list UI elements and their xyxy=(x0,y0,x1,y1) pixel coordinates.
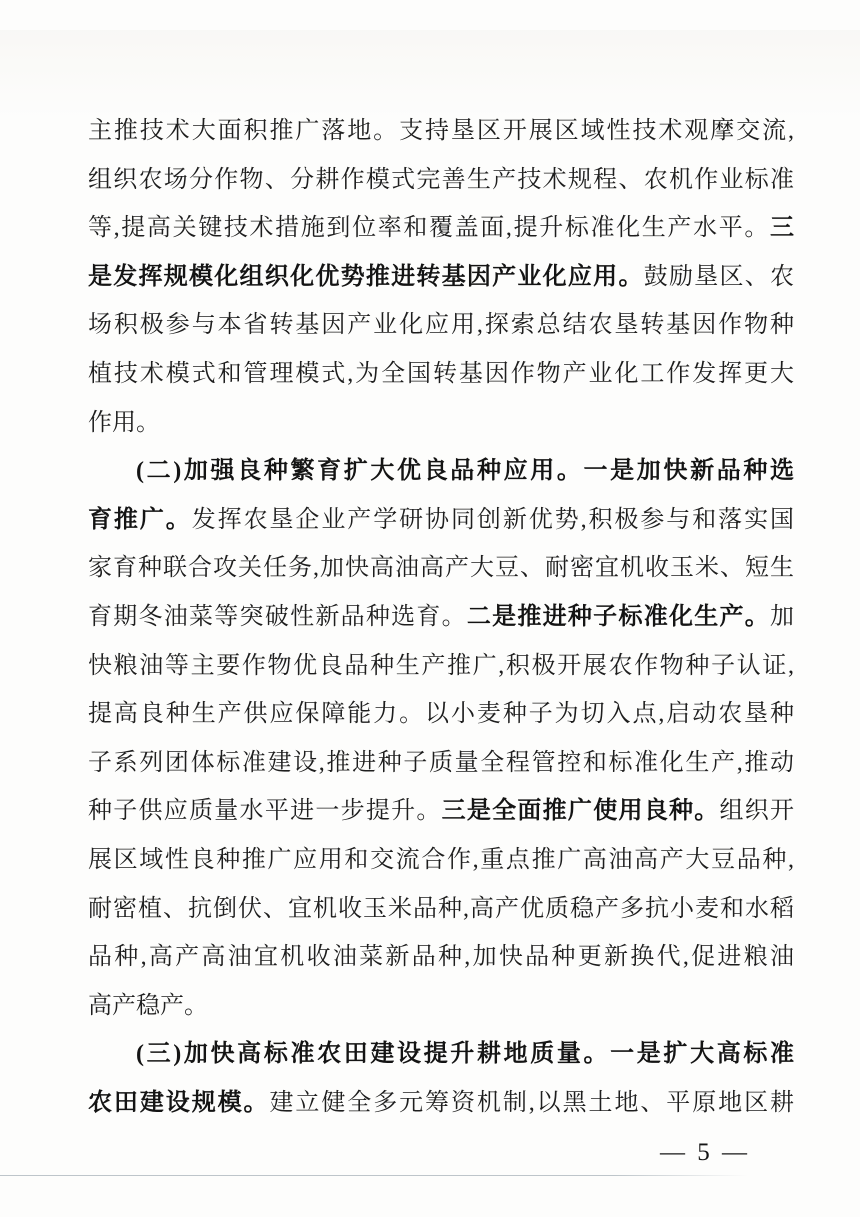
text-line: 品种,高产高油宜机收油菜新品种,加快品种更新换代,促进粮油 xyxy=(88,933,794,982)
text-segment: 加 xyxy=(770,604,794,630)
text-line: 育期冬油菜等突破性新品种选育。二是推进种子标准化生产。加 xyxy=(88,593,794,642)
bold-text-segment: 三是全面推广使用良种。 xyxy=(442,798,720,824)
bold-text-segment: 农田建设规模。 xyxy=(88,1090,269,1116)
text-segment: 快粮油等主要作物优良品种生产推广,积极开展农作物种子认证, xyxy=(88,653,794,679)
text-line: 组织农场分作物、分耕作模式完善生产技术规程、农机作业标准 xyxy=(88,156,794,205)
bold-text-segment: 育推广。 xyxy=(88,507,192,533)
text-segment: 提高良种生产供应保障能力。以小麦种子为切入点,启动农垦种 xyxy=(88,701,794,727)
text-segment: 子系列团体标准建设,推进种子质量全程管控和标准化生产,推动 xyxy=(88,750,794,776)
text-segment: 发挥农垦企业产学研协同创新优势,积极参与和落实国 xyxy=(192,507,794,533)
text-line: 高产稳产。 xyxy=(88,982,794,1031)
text-line: (三)加快高标准农田建设提升耕地质量。一是扩大高标准 xyxy=(88,1030,794,1079)
text-segment: 高产稳产。 xyxy=(88,993,208,1019)
page-number: — 5 — xyxy=(660,1138,750,1168)
text-line: 家育种联合攻关任务,加快高油高产大豆、耐密宜机收玉米、短生 xyxy=(88,544,794,593)
bold-text-segment: 是发挥规模化组织化优势推进转基因产业化应用。 xyxy=(88,264,644,290)
text-segment: 耐密植、抗倒伏、宜机收玉米品种,高产优质稳产多抗小麦和水稻 xyxy=(88,896,794,922)
text-line: 展区域性良种推广应用和交流合作,重点推广高油高产大豆品种, xyxy=(88,836,794,885)
text-line: 种子供应质量水平进一步提升。三是全面推广使用良种。组织开 xyxy=(88,787,794,836)
text-line: 育推广。发挥农垦企业产学研协同创新优势,积极参与和落实国 xyxy=(88,496,794,545)
text-line: 植技术模式和管理模式,为全国转基因作物产业化工作发挥更大 xyxy=(88,350,794,399)
bold-text-segment: (三)加快高标准农田建设提升耕地质量。一是扩大高标准 xyxy=(136,1041,794,1067)
text-line: 提高良种生产供应保障能力。以小麦种子为切入点,启动农垦种 xyxy=(88,690,794,739)
text-line: 等,提高关键技术措施到位率和覆盖面,提升标准化生产水平。三 xyxy=(88,204,794,253)
document-text: 主推技术大面积推广落地。支持垦区开展区域性技术观摩交流,组织农场分作物、分耕作模… xyxy=(88,107,794,1127)
text-segment: 主推技术大面积推广落地。支持垦区开展区域性技术观摩交流, xyxy=(88,118,794,144)
text-segment: 展区域性良种推广应用和交流合作,重点推广高油高产大豆品种, xyxy=(88,847,794,873)
scan-edge-line-artifact xyxy=(0,1175,748,1176)
text-segment: 组织农场分作物、分耕作模式完善生产技术规程、农机作业标准 xyxy=(88,167,794,193)
text-line: 作用。 xyxy=(88,399,794,448)
text-line: 农田建设规模。建立健全多元筹资机制,以黑土地、平原地区耕 xyxy=(88,1079,794,1128)
text-segment: 植技术模式和管理模式,为全国转基因作物产业化工作发挥更大 xyxy=(88,361,794,387)
text-line: (二)加强良种繁育扩大优良品种应用。一是加快新品种选 xyxy=(88,447,794,496)
text-line: 子系列团体标准建设,推进种子质量全程管控和标准化生产,推动 xyxy=(88,739,794,788)
scanned-document-page: 主推技术大面积推广落地。支持垦区开展区域性技术观摩交流,组织农场分作物、分耕作模… xyxy=(0,0,860,1217)
text-line: 场积极参与本省转基因产业化应用,探索总结农垦转基因作物种 xyxy=(88,301,794,350)
text-segment: 鼓励垦区、农 xyxy=(644,264,794,290)
text-segment: 种子供应质量水平进一步提升。 xyxy=(88,798,442,824)
text-line: 主推技术大面积推广落地。支持垦区开展区域性技术观摩交流, xyxy=(88,107,794,156)
text-segment: 家育种联合攻关任务,加快高油高产大豆、耐密宜机收玉米、短生 xyxy=(88,555,794,581)
text-segment: 等,提高关键技术措施到位率和覆盖面,提升标准化生产水平。 xyxy=(88,215,770,241)
text-segment: 育期冬油菜等突破性新品种选育。 xyxy=(88,604,467,630)
text-segment: 场积极参与本省转基因产业化应用,探索总结农垦转基因作物种 xyxy=(88,312,794,338)
bold-text-segment: 二是推进种子标准化生产。 xyxy=(467,604,770,630)
text-segment: 组织开 xyxy=(720,798,795,824)
text-segment: 品种,高产高油宜机收油菜新品种,加快品种更新换代,促进粮油 xyxy=(88,944,794,970)
text-line: 是发挥规模化组织化优势推进转基因产业化应用。鼓励垦区、农 xyxy=(88,253,794,302)
text-segment: 作用。 xyxy=(88,410,160,436)
text-line: 耐密植、抗倒伏、宜机收玉米品种,高产优质稳产多抗小麦和水稻 xyxy=(88,885,794,934)
bold-text-segment: 三 xyxy=(770,215,794,241)
text-line: 快粮油等主要作物优良品种生产推广,积极开展农作物种子认证, xyxy=(88,642,794,691)
bold-text-segment: (二)加强良种繁育扩大优良品种应用。一是加快新品种选 xyxy=(136,458,794,484)
text-segment: 建立健全多元筹资机制,以黑土地、平原地区耕 xyxy=(269,1090,794,1116)
